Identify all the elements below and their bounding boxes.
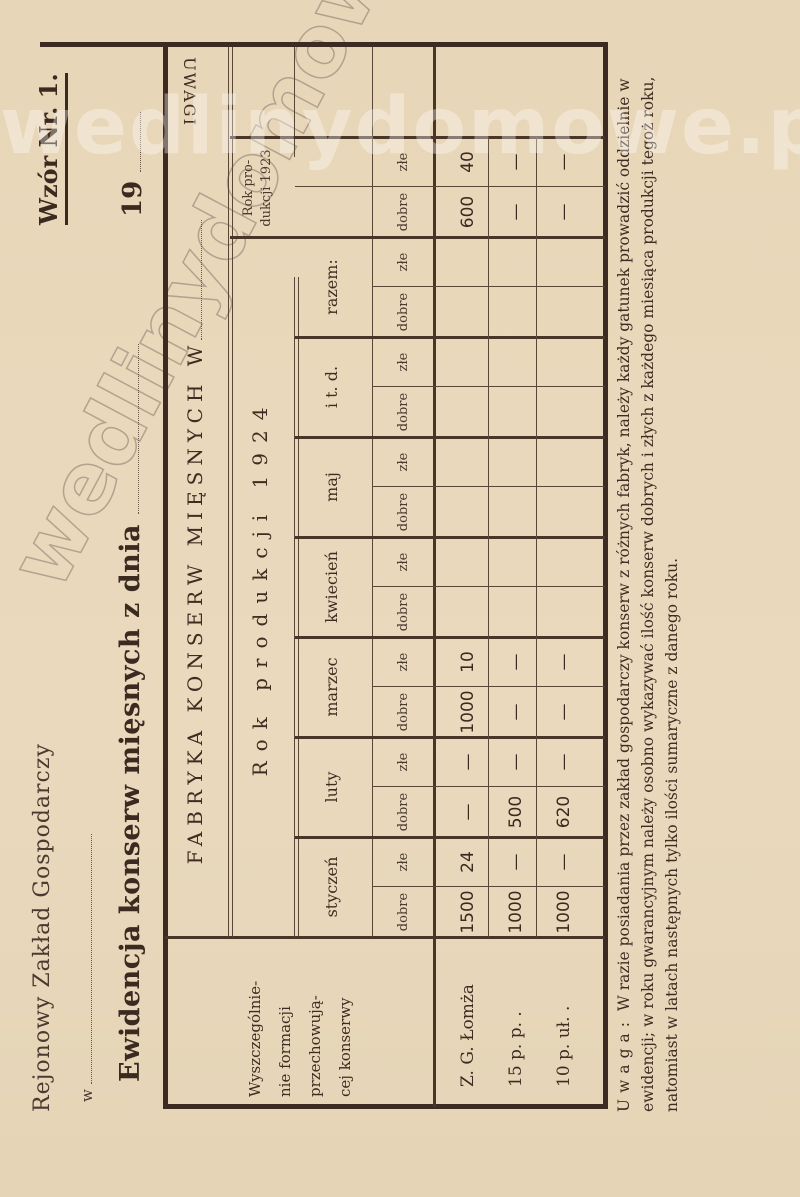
table-border-right	[40, 42, 608, 47]
cell: 1000	[506, 887, 526, 937]
location-field[interactable]: w	[78, 834, 96, 1102]
cell: 1500	[458, 887, 478, 937]
sub-zle: złe	[396, 437, 411, 487]
line-months	[372, 47, 373, 937]
col-1923	[230, 236, 605, 239]
row-unit: Z. G. Łomża	[458, 984, 478, 1087]
year-prefix: 19	[118, 181, 148, 217]
cell: —	[506, 687, 526, 737]
row-line	[536, 137, 537, 937]
cell: —	[506, 187, 526, 237]
cell: 10	[458, 637, 478, 687]
row-unit: 10 p. uł. .	[554, 1006, 574, 1087]
cell: 500	[506, 787, 526, 837]
month-maj: maj	[322, 437, 341, 537]
location-blank	[91, 834, 92, 1084]
cell: 620	[554, 787, 574, 837]
form-page: wedlinydomowe.pl Rejonowy Zakład Gospoda…	[0, 0, 800, 1197]
col-itd	[295, 436, 605, 439]
organization-name: Rejonowy Zakład Gospodarczy	[30, 743, 55, 1112]
header-data-divider	[433, 47, 436, 1107]
sub-zle: złe	[396, 537, 411, 587]
cell: —	[506, 637, 526, 687]
col-razem	[295, 336, 605, 339]
table-border-bottom	[603, 47, 608, 1109]
document-title: Ewidencja konserw mięsnych z dnia	[115, 344, 146, 1082]
watermark-text: wedlinydomowe.pl	[0, 82, 800, 172]
date-blank	[118, 344, 139, 514]
factory-label: FABRYKA KONSERW MIĘSNYCH W	[183, 147, 207, 937]
month-kwiecien: kwiecień	[322, 537, 341, 637]
cell: 600	[458, 187, 478, 237]
cell: —	[554, 837, 574, 887]
row-header-label: Wyszczególnie- nie formacji przechowują-…	[240, 981, 360, 1097]
cell: 1000	[458, 687, 478, 737]
sub-dobre: dobre	[396, 687, 411, 737]
sub-dobre: dobre	[396, 287, 411, 337]
production-year-label: Rok produkcji 1924	[248, 237, 272, 937]
sub-dobre: dobre	[396, 887, 411, 937]
sub-dobre: dobre	[396, 487, 411, 537]
table-border-left-thin	[163, 1104, 608, 1109]
note-lead: Uwaga:	[615, 1016, 633, 1112]
cell: 24	[458, 837, 478, 887]
month-razem: razem:	[322, 237, 341, 337]
sub-zle: złe	[396, 337, 411, 387]
month-luty: luty	[322, 737, 341, 837]
sub-dobre: dobre	[396, 387, 411, 437]
sub-dobre: dobre	[396, 587, 411, 637]
month-marzec: marzec	[322, 637, 341, 737]
sub-dobre: dobre	[396, 187, 411, 237]
cell: —	[506, 837, 526, 887]
table-border-top	[163, 47, 168, 1109]
sub-dobre: dobre	[396, 787, 411, 837]
cell: —	[458, 787, 478, 837]
col-maj	[295, 536, 605, 539]
cell: 1000	[554, 887, 574, 937]
cell: —	[554, 187, 574, 237]
row-header-divider	[165, 936, 605, 939]
title-text: Ewidencja konserw mięsnych z dnia	[115, 524, 146, 1082]
note-text: W razie posiadania przez zakład gospodar…	[615, 77, 681, 1112]
cell: —	[554, 687, 574, 737]
cell: —	[458, 737, 478, 787]
sub-zle: złe	[396, 237, 411, 287]
cell: —	[554, 737, 574, 787]
location-prefix: w	[78, 1089, 96, 1102]
month-itd: i t. d.	[322, 337, 341, 437]
row-line	[488, 137, 489, 937]
sub-zle: złe	[396, 737, 411, 787]
sub-zle: złe	[396, 837, 411, 887]
row-unit: 15 p. p. .	[506, 1011, 526, 1087]
line-factory-2	[232, 47, 233, 937]
month-styczen: styczeń	[322, 837, 341, 937]
line-factory	[228, 47, 229, 937]
cell: —	[554, 637, 574, 687]
sub-zle: złe	[396, 637, 411, 687]
cell: —	[506, 737, 526, 787]
note-paragraph: Uwaga: W razie posiadania przez zakład g…	[612, 52, 684, 1112]
